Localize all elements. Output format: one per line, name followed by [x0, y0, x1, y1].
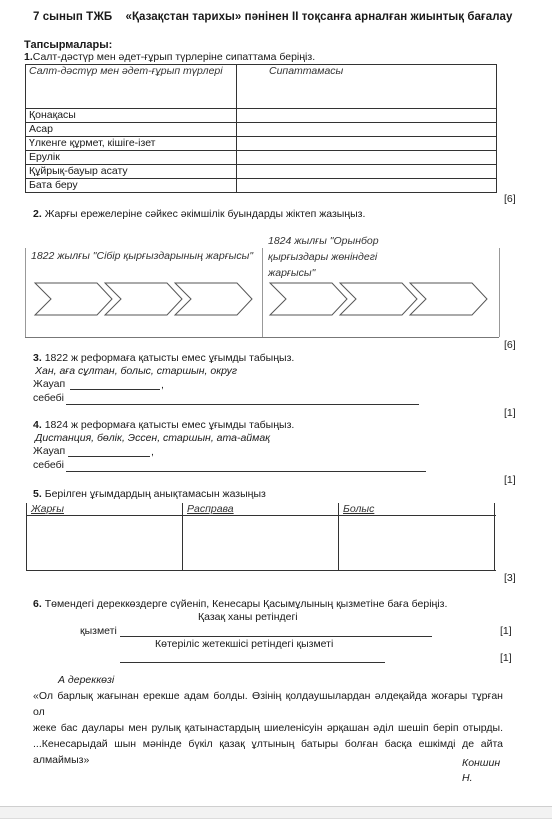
- q3-reason-line[interactable]: [66, 404, 419, 405]
- q4-answer-label: Жауап: [33, 445, 65, 457]
- chevron-box[interactable]: [175, 283, 252, 315]
- q3-comma: ,: [161, 379, 164, 391]
- q6-quote-author: Коншин Н.: [462, 756, 512, 786]
- q3-number: 3.: [33, 352, 42, 364]
- q3-prompt: 3. 1822 ж реформаға қатысты емес ұғымды …: [33, 352, 294, 364]
- q3-answer-line[interactable]: [70, 389, 160, 390]
- q4-options: Дистанция, бөлік, Эссен, старшын, ата-ай…: [35, 432, 270, 444]
- quote-line: «Ол барлық жағынан ерекше адам болды. Өз…: [33, 688, 503, 720]
- q5-table-border: [26, 503, 27, 570]
- q6-number: 6.: [33, 598, 42, 610]
- chevron-box[interactable]: [105, 283, 182, 315]
- q6-part1-score: [1]: [500, 625, 512, 637]
- q5-prompt: 5. Берілген ұғымдардың анықтамасын жазың…: [33, 488, 266, 500]
- q4-reason-line[interactable]: [66, 471, 426, 472]
- q4-score: [1]: [504, 474, 516, 486]
- quote-line: жеке бас даулары мен рулық қатынастардың…: [33, 720, 503, 768]
- chevron-box[interactable]: [270, 283, 347, 315]
- q3-text: 1822 ж реформаға қатысты емес ұғымды таб…: [45, 352, 295, 364]
- q5-table-header-line: [26, 515, 496, 516]
- q5-text: Берілген ұғымдардың анықтамасын жазыңыз: [45, 488, 266, 500]
- q2-score: [6]: [504, 339, 516, 351]
- q6-part1-heading: Қазақ ханы ретіндегі: [198, 611, 298, 623]
- q4-prompt: 4. 1824 ж реформаға қатысты емес ұғымды …: [33, 419, 294, 431]
- q5-score: [3]: [504, 572, 516, 584]
- q3-score: [1]: [504, 407, 516, 419]
- q6-part1-label: қызметі: [80, 625, 117, 637]
- chevron-box[interactable]: [35, 283, 112, 315]
- q6-part2-heading: Көтеріліс жетекшісі ретіндегі қызметі: [155, 638, 333, 650]
- q3-reason-label: себебі: [33, 392, 64, 404]
- bottom-bar: [0, 806, 552, 819]
- q6-part1-line[interactable]: [120, 636, 432, 637]
- chevron-box[interactable]: [340, 283, 417, 315]
- q6-source-label: А дереккөзі: [58, 674, 114, 686]
- q6-text: Төмендегі дереккөздерге сүйеніп, Кенесар…: [45, 598, 448, 610]
- q4-number: 4.: [33, 419, 42, 431]
- q4-answer-line[interactable]: [68, 456, 150, 457]
- q5-col-bolys: Болыс: [343, 503, 374, 515]
- q5-table-bottom-line: [26, 570, 496, 571]
- q5-table-divider: [338, 503, 339, 570]
- q5-number: 5.: [33, 488, 42, 500]
- q4-comma: ,: [151, 446, 154, 458]
- q5-col-jargy: Жарғы: [31, 503, 64, 515]
- q3-answer-label: Жауап: [33, 378, 65, 390]
- q4-text: 1824 ж реформаға қатысты емес ұғымды таб…: [45, 419, 295, 431]
- chevron-box[interactable]: [410, 283, 487, 315]
- q6-part2-score: [1]: [500, 652, 512, 664]
- q5-col-raspava: Расправа: [187, 503, 234, 515]
- q6-part2-line[interactable]: [120, 662, 385, 663]
- q5-table-divider: [182, 503, 183, 570]
- q3-options: Хан, аға сұлтан, болыс, старшын, округ: [35, 365, 237, 377]
- q4-reason-label: себебі: [33, 459, 64, 471]
- q6-prompt: 6. Төмендегі дереккөздерге сүйеніп, Кене…: [33, 598, 447, 610]
- q6-source-quote: «Ол барлық жағынан ерекше адам болды. Өз…: [33, 688, 503, 768]
- q5-table-border: [494, 503, 495, 570]
